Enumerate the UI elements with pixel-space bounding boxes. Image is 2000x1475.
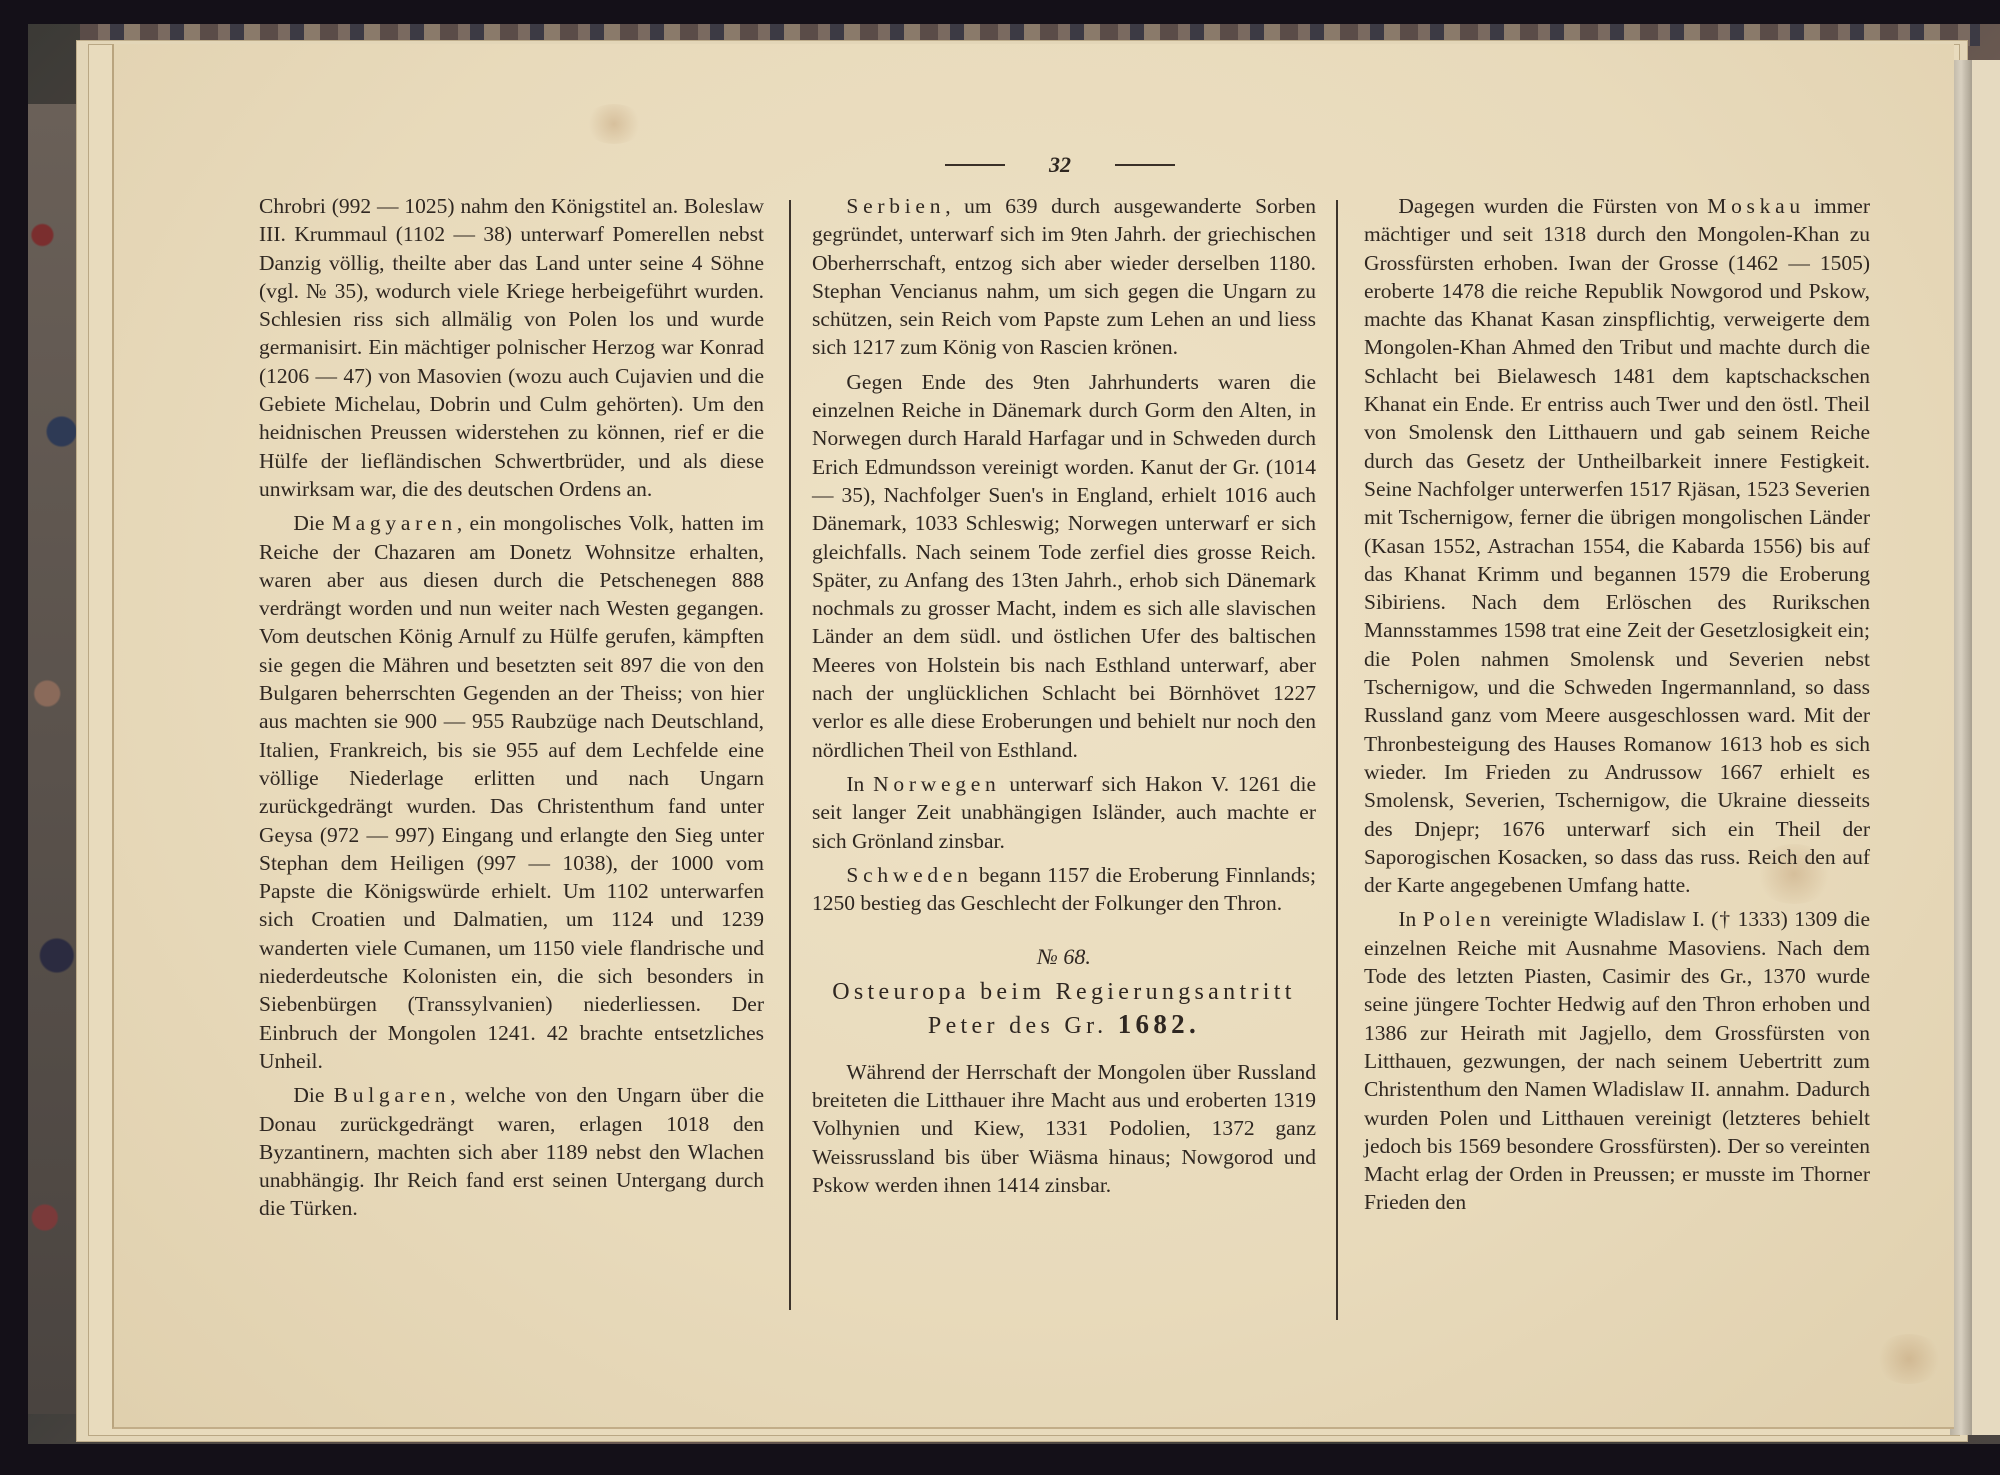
section-title-line1: Osteuropa beim Regierungsantritt bbox=[832, 979, 1296, 1005]
emphasized-term: Norwegen bbox=[873, 772, 1000, 796]
text-column-middle: Serbien, um 639 durch ausgewanderte Sorb… bbox=[812, 192, 1316, 1205]
emphasized-term: Moskau bbox=[1707, 194, 1805, 218]
text-column-right: Dagegen wurden die Fürsten von Moskau im… bbox=[1364, 192, 1870, 1223]
header-rule-right bbox=[1115, 164, 1175, 166]
paragraph: In Polen vereinigte Wladislaw I. († 1333… bbox=[1364, 905, 1870, 1216]
paragraph-lead: Die bbox=[293, 1083, 333, 1107]
paragraph: Serbien, um 639 durch ausgewanderte Sorb… bbox=[812, 192, 1316, 362]
paragraph-body: , um 639 durch ausgewanderte Sorben gegr… bbox=[812, 194, 1316, 359]
paragraph-lead: Dagegen wurden die Fürsten von bbox=[1398, 194, 1707, 218]
paragraph: Die Magyaren, ein mongolisches Volk, hat… bbox=[259, 509, 764, 1075]
paragraph-lead: Die bbox=[293, 511, 331, 535]
emphasized-term: Schweden bbox=[846, 863, 972, 887]
column-divider bbox=[1336, 200, 1338, 1320]
paragraph-lead: In bbox=[1398, 907, 1422, 931]
foxing-stain bbox=[584, 104, 644, 144]
page-number: 32 bbox=[1049, 152, 1071, 178]
section-title: Osteuropa beim Regierungsantritt Peter d… bbox=[812, 976, 1316, 1042]
emphasized-term: Magyaren bbox=[332, 511, 457, 535]
section-title-line2: Peter des Gr. bbox=[928, 1013, 1118, 1039]
text-column-left: Chrobri (992 — 1025) nahm den Königstite… bbox=[259, 192, 764, 1229]
column-divider bbox=[789, 200, 791, 1310]
paragraph-body: , ein mongolisches Volk, hatten im Reich… bbox=[259, 511, 764, 1073]
paragraph: In Norwegen unterwarf sich Hakon V. 1261… bbox=[812, 770, 1316, 855]
emphasized-term: Polen bbox=[1423, 907, 1496, 931]
section-number: № 68. bbox=[812, 943, 1316, 971]
foxing-stain bbox=[1874, 1334, 1944, 1384]
paragraph: Gegen Ende des 9ten Jahrhunderts waren d… bbox=[812, 368, 1316, 764]
section-title-year: 1682. bbox=[1118, 1009, 1200, 1039]
paragraph: Dagegen wurden die Fürsten von Moskau im… bbox=[1364, 192, 1870, 899]
paragraph-lead: In bbox=[846, 772, 873, 796]
paragraph: Während der Herrschaft der Mongolen über… bbox=[812, 1058, 1316, 1199]
header-rule-left bbox=[945, 164, 1005, 166]
facing-page-edge bbox=[1972, 60, 2000, 1435]
emphasized-term: Bulgaren bbox=[334, 1083, 451, 1107]
paragraph: Schweden begann 1157 die Eroberung Finnl… bbox=[812, 861, 1316, 918]
page-header: 32 bbox=[945, 150, 1175, 180]
paragraph-body: immer mächtiger und seit 1318 durch den … bbox=[1364, 194, 1870, 897]
paragraph: Die Bulgaren, welche von den Ungarn über… bbox=[259, 1081, 764, 1222]
paragraph: Chrobri (992 — 1025) nahm den Königstite… bbox=[259, 192, 764, 503]
marbled-edge-left bbox=[28, 104, 76, 1414]
emphasized-term: Serbien bbox=[846, 194, 945, 218]
paragraph-body: vereinigte Wladislaw I. († 1333) 1309 di… bbox=[1364, 907, 1870, 1214]
